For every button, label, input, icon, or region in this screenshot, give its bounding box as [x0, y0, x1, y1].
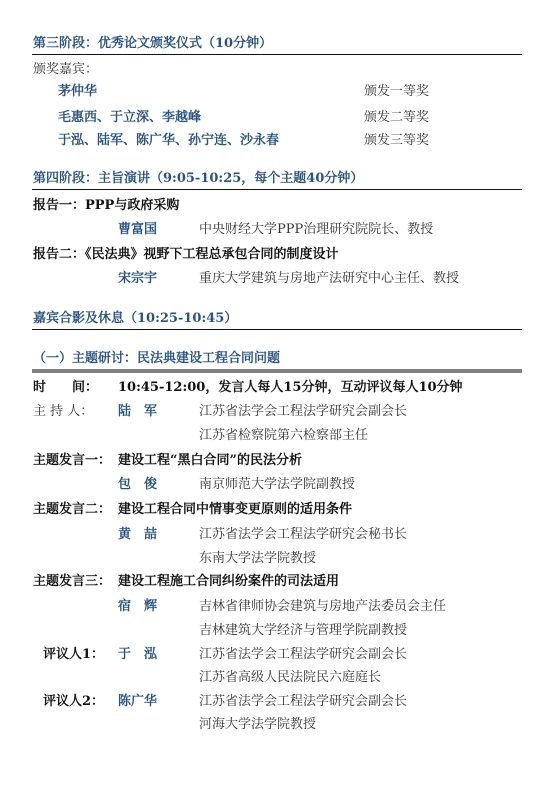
award-label: 颁发一等奖	[364, 85, 429, 98]
reviewer-title: 江苏省法学会工程法学研究会副会长	[199, 695, 407, 708]
talk-speaker-title: 南京师范大学法学院副教授	[199, 478, 355, 491]
reviewer-label: 评议人1：	[43, 648, 104, 661]
host-label: 主 持 人：	[33, 405, 93, 418]
break-heading: 嘉宾合影及休息（10:25-10:45）	[33, 312, 237, 325]
talk-speaker-title: 江苏省法学会工程法学研究会秘书长	[199, 528, 407, 541]
talk-label: 主题发言三：	[33, 575, 111, 588]
report-speaker: 宋宗宇	[118, 272, 157, 285]
reviewer-title: 江苏省法学会工程法学研究会副会长	[199, 648, 407, 661]
time-label: 时 间：	[33, 381, 98, 394]
report-title: 报告一：PPP与政府采购	[33, 199, 179, 212]
stage4-heading: 第四阶段：主旨演讲（9:05-10:25，每个主题40分钟）	[33, 172, 363, 185]
talk-speaker-title: 吉林建筑大学经济与管理学院副教授	[199, 624, 407, 637]
award-names: 于泓、陆军、陈广华、孙宁连、沙永春	[58, 134, 279, 147]
session-heading: （一）主题研讨：民法典建设工程合同问题	[33, 352, 280, 365]
talk-speaker: 黄 喆	[118, 528, 157, 541]
report-affiliation: 重庆大学建筑与房地产法研究中心主任、教授	[199, 272, 459, 285]
award-names: 毛惠西、于立深、李越峰	[58, 111, 201, 124]
stage3-heading: 第三阶段：优秀论文颁奖仪式（10分钟）	[33, 37, 272, 50]
divider	[32, 329, 522, 330]
talk-speaker-title: 东南大学法学院教授	[199, 552, 316, 565]
talk-title: 建设工程合同中情事变更原则的适用条件	[118, 503, 352, 516]
report-title: 报告二：《民法典》视野下工程总承包合同的制度设计	[33, 248, 339, 261]
reviewer-title: 河海大学法学院教授	[199, 718, 316, 731]
award-label: 颁发三等奖	[364, 134, 429, 147]
host-title: 江苏省法学会工程法学研究会副会长	[199, 405, 407, 418]
presenters-label: 颁奖嘉宾：	[33, 63, 98, 76]
report-affiliation: 中央财经大学PPP治理研究院院长、教授	[199, 223, 433, 236]
talk-speaker-title: 吉林省律师协会建筑与房地产法委员会主任	[199, 600, 446, 613]
divider-thick	[32, 369, 522, 373]
reviewer-label: 评议人2：	[43, 695, 104, 708]
report-speaker: 曹富国	[118, 223, 157, 236]
talk-label: 主题发言一：	[33, 454, 111, 467]
talk-speaker: 宿 辉	[118, 600, 157, 613]
divider	[32, 189, 522, 190]
reviewer-name: 陈广华	[118, 695, 157, 708]
talk-label: 主题发言二：	[33, 503, 111, 516]
reviewer-title: 江苏省高级人民法院民六庭庭长	[199, 671, 381, 684]
divider	[32, 54, 522, 55]
talk-title: 建设工程施工合同纠纷案件的司法适用	[118, 575, 339, 588]
award-label: 颁发二等奖	[364, 111, 429, 124]
talk-speaker: 包 俊	[118, 478, 157, 491]
host-name: 陆 军	[118, 405, 157, 418]
reviewer-name: 于 泓	[118, 648, 157, 661]
award-names: 茅仲华	[58, 85, 97, 98]
host-title: 江苏省检察院第六检察部主任	[199, 429, 368, 442]
time-value: 10:45-12:00，发言人每人15分钟，互动评议每人10分钟	[118, 381, 463, 394]
talk-title: 建设工程“黑白合同”的民法分析	[118, 454, 302, 467]
